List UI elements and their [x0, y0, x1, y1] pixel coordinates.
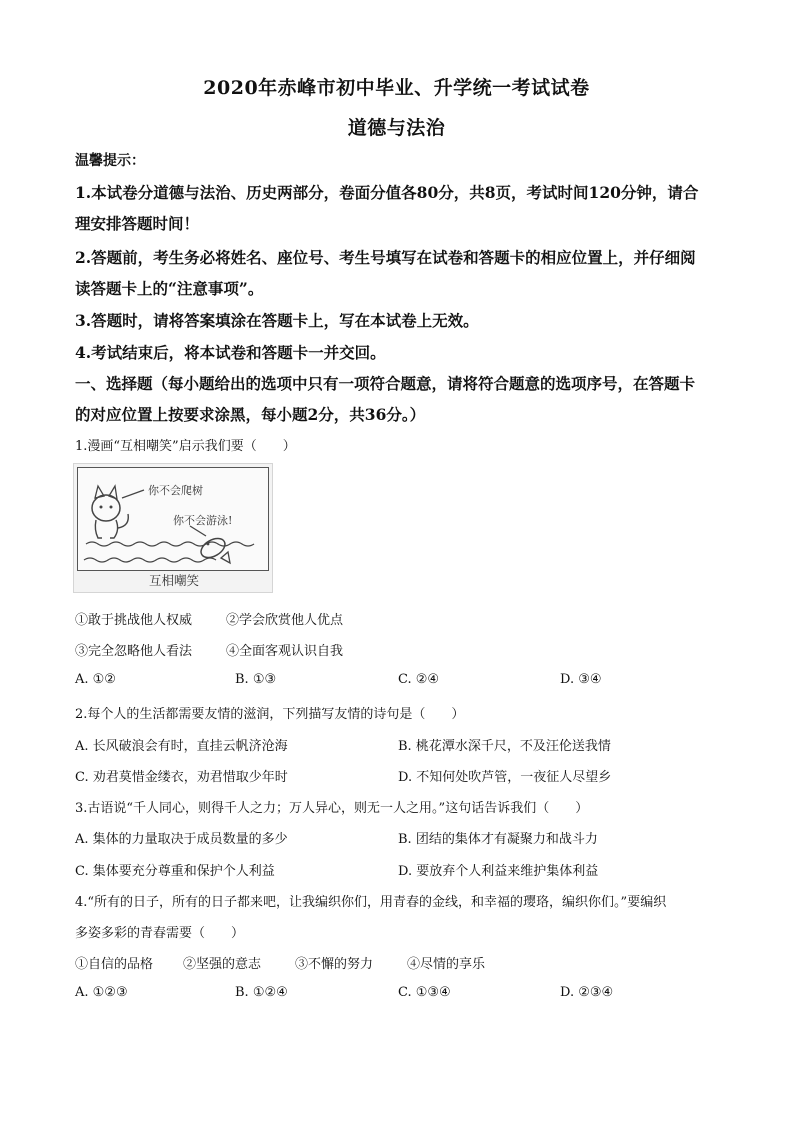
q1-statement-1: ①敢于挑战他人权威	[75, 609, 192, 628]
q4-statement-1: ①自信的品格	[75, 953, 153, 972]
q1-statement-2: ②学会欣赏他人优点	[226, 609, 343, 628]
q3-option-c[interactable]: C. 集体要充分尊重和保护个人利益	[75, 860, 275, 879]
q4-option-c[interactable]: C. ①③④	[398, 985, 451, 1000]
cartoon-frame: 你不会爬树 你不会游泳!	[77, 467, 269, 571]
cat-speech: 你不会爬树	[148, 482, 203, 498]
section-heading-line1: 一、选择题（每小题给出的选项中只有一项符合题意，请将符合题意的选项序号，在答题卡	[75, 372, 695, 394]
tips-heading: 温馨提示：	[75, 150, 145, 170]
question-4-stem-line2: 多姿多彩的青春需要（ ）	[75, 922, 244, 941]
section-heading-line2: 的对应位置上按要求涂黑，每小题2分，共36分。）	[75, 403, 425, 425]
q3-option-b[interactable]: B. 团结的集体才有凝聚力和战斗力	[398, 828, 598, 847]
q2-option-d[interactable]: D. 不知何处吹芦管，一夜征人尽望乡	[398, 766, 611, 785]
q3-option-d[interactable]: D. 要放弃个人利益来维护集体利益	[398, 860, 598, 879]
q1-option-b[interactable]: B. ①③	[235, 672, 276, 687]
q1-option-c[interactable]: C. ②④	[398, 672, 439, 687]
exam-title: 2020年赤峰市初中毕业、升学统一考试试卷	[0, 73, 793, 100]
fish-speech: 你不会游泳!	[173, 512, 232, 528]
q1-statement-3: ③完全忽略他人看法	[75, 640, 192, 659]
tip-1-line1: 1.本试卷分道德与法治、历史两部分，卷面分值各80分，共8页，考试时间120分钟…	[75, 181, 698, 203]
question-2-stem: 2.每个人的生活都需要友情的滋润，下列描写友情的诗句是（ ）	[75, 703, 464, 722]
q3-option-a[interactable]: A. 集体的力量取决于成员数量的多少	[75, 828, 288, 847]
question-4-stem-line1: 4.“所有的日子，所有的日子都来吧，让我编织你们，用青春的金线，和幸福的璎珞，编…	[75, 891, 666, 910]
tip-3: 3.答题时，请将答案填涂在答题卡上，写在本试卷上无效。	[75, 309, 479, 331]
q4-option-a[interactable]: A. ①②③	[75, 985, 128, 1000]
tip-2-line2: 读答题卡上的“注意事项”。	[75, 277, 263, 299]
tip-1-line2: 理安排答题时间！	[75, 212, 199, 234]
q4-statement-3: ③不懈的努力	[295, 953, 373, 972]
q4-statement-4: ④尽情的享乐	[407, 953, 485, 972]
q1-option-a[interactable]: A. ①②	[75, 672, 116, 687]
cartoon-caption: 互相嘲笑	[74, 571, 273, 589]
question-3-stem: 3.古语说“千人同心，则得千人之力；万人异心，则无一人之用。”这句话告诉我们（ …	[75, 797, 588, 816]
exam-subject: 道德与法治	[0, 113, 793, 140]
q2-option-c[interactable]: C. 劝君莫惜金缕衣，劝君惜取少年时	[75, 766, 288, 785]
q4-option-d[interactable]: D. ②③④	[560, 985, 613, 1000]
q4-statement-2: ②坚强的意志	[183, 953, 261, 972]
q4-option-b[interactable]: B. ①②④	[235, 985, 288, 1000]
question-1-stem: 1.漫画“互相嘲笑”启示我们要（ ）	[75, 435, 296, 454]
q1-option-d[interactable]: D. ③④	[560, 672, 602, 687]
exam-page: 2020年赤峰市初中毕业、升学统一考试试卷 道德与法治 温馨提示： 1.本试卷分…	[0, 0, 793, 1122]
q2-option-b[interactable]: B. 桃花潭水深千尺，不及汪伦送我情	[398, 735, 611, 754]
q2-option-a[interactable]: A. 长风破浪会有时，直挂云帆济沧海	[75, 735, 288, 754]
q1-statement-4: ④全面客观认识自我	[226, 640, 343, 659]
cartoon-image: 你不会爬树 你不会游泳! 互相嘲笑	[73, 463, 273, 593]
tip-4: 4.考试结束后，将本试卷和答题卡一并交回。	[75, 341, 386, 363]
tip-2-line1: 2.答题前，考生务必将姓名、座位号、考生号填写在试卷和答题卡的相应位置上，并仔细…	[75, 246, 696, 268]
